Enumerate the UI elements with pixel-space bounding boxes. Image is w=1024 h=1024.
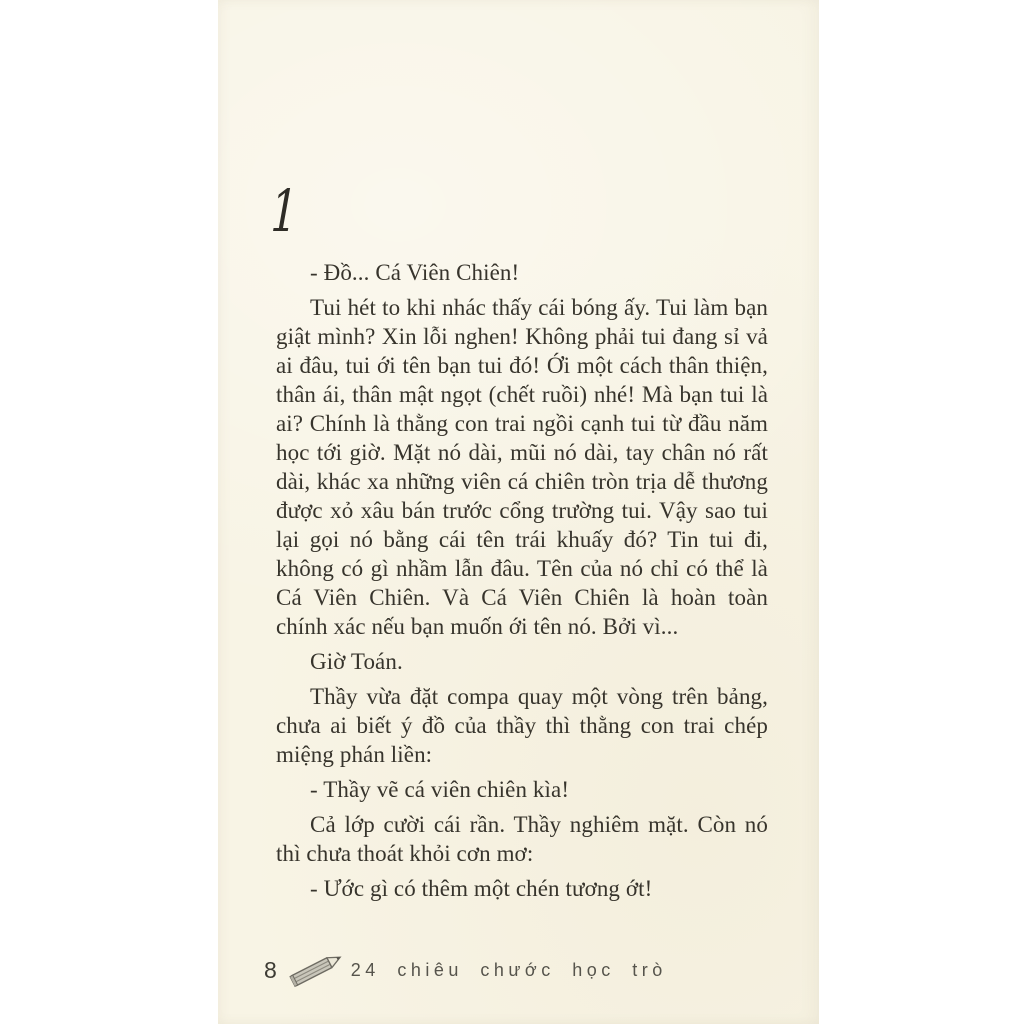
paragraph: Giờ Toán. (276, 647, 768, 676)
paragraph: Thầy vừa đặt compa quay một vòng trên bả… (276, 682, 768, 769)
book-page: 1 - Đồ... Cá Viên Chiên! Tui hét to khi … (218, 0, 819, 1024)
scan-background: 1 - Đồ... Cá Viên Chiên! Tui hét to khi … (0, 0, 1024, 1024)
paragraph: Tui hét to khi nhác thấy cái bóng ấy. Tu… (276, 293, 768, 641)
pencil-icon (287, 950, 345, 990)
paragraph-dialogue: - Ước gì có thêm một chén tương ớt! (276, 874, 768, 903)
paragraph-dialogue: - Đồ... Cá Viên Chiên! (276, 258, 768, 287)
chapter-number: 1 (270, 182, 299, 240)
page-footer: 8 24 chiêu chước học trò (264, 948, 784, 992)
paragraph-dialogue: - Thầy vẽ cá viên chiên kìa! (276, 775, 768, 804)
page-number: 8 (264, 957, 277, 984)
paragraph: Cả lớp cười cái rần. Thầy nghiêm mặt. Cò… (276, 810, 768, 868)
book-title: 24 chiêu chước học trò (351, 960, 667, 981)
body-text: - Đồ... Cá Viên Chiên! Tui hét to khi nh… (276, 258, 768, 909)
